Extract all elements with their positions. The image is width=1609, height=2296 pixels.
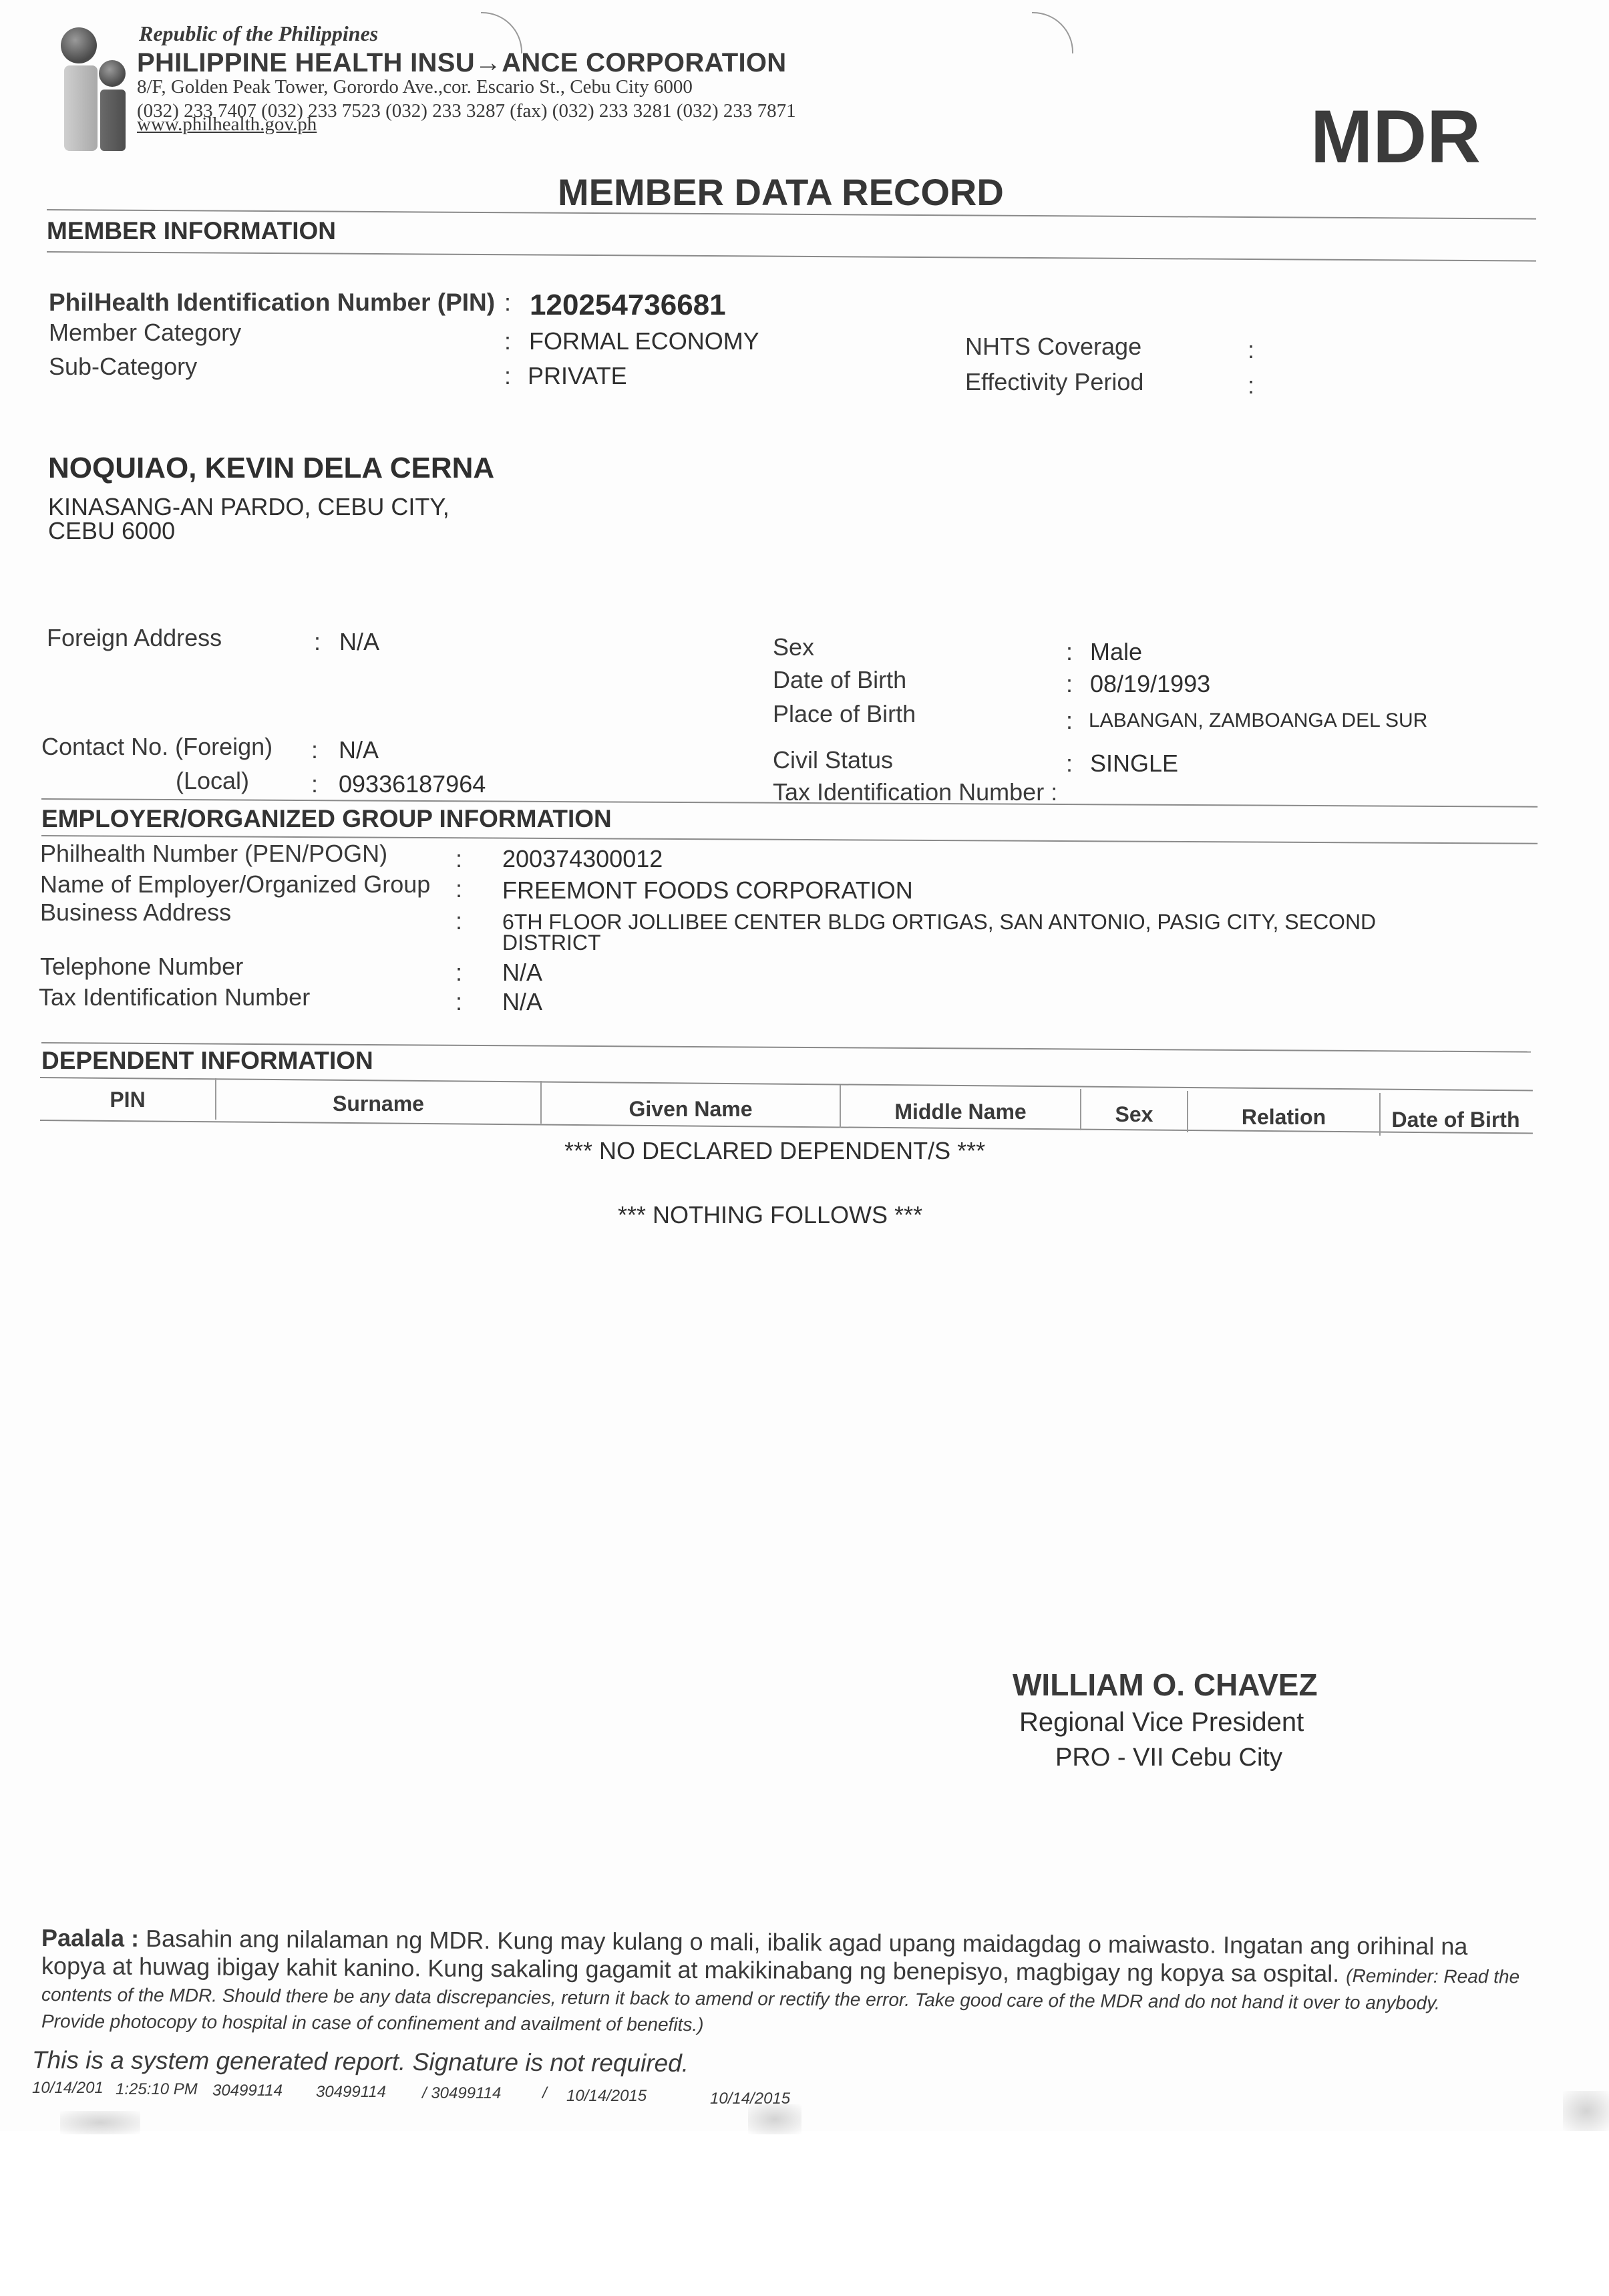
notice-english-line2: Provide photocopy to hospital in case of… <box>41 2011 704 2035</box>
foreign-address-value: N/A <box>339 628 379 656</box>
section-employer-information: EMPLOYER/ORGANIZED GROUP INFORMATION <box>41 805 612 833</box>
notice-english-line1: contents of the MDR. Should there be any… <box>41 1984 1440 2014</box>
signatory-office: PRO - VII Cebu City <box>1055 1744 1282 1772</box>
member-tin-label-text: Tax Identification Number <box>773 778 1044 806</box>
civil-status-value: SINGLE <box>1090 750 1178 778</box>
dob-label: Date of Birth <box>773 666 906 694</box>
scan-smudge <box>1563 2091 1609 2131</box>
punch-mark <box>481 12 522 53</box>
office-address: 8/F, Golden Peak Tower, Gorordo Ave.,cor… <box>137 76 693 98</box>
member-name: NOQUIAO, KEVIN DELA CERNA <box>48 452 494 485</box>
column-header-relation: Relation <box>1188 1105 1379 1130</box>
scan-smudge <box>748 2104 801 2134</box>
foreign-address-label: Foreign Address <box>47 624 222 652</box>
notice-label: Paalala : <box>41 1924 139 1952</box>
column-header-date-of-birth: Date of Birth <box>1381 1108 1531 1132</box>
mdr-document: Republic of the Philippines PHILIPPINE H… <box>0 0 1609 2131</box>
employer-tin-value: N/A <box>502 988 542 1016</box>
section-dependent-information: DEPENDENT INFORMATION <box>41 1047 373 1075</box>
member-category-value: FORMAL ECONOMY <box>529 327 759 355</box>
business-address-label: Business Address <box>40 898 231 927</box>
no-dependents-message: *** NO DECLARED DEPENDENT/S *** <box>564 1137 985 1165</box>
colon: : <box>1248 371 1254 399</box>
telephone-value: N/A <box>502 959 542 987</box>
member-category-label: Member Category <box>49 319 241 347</box>
colon: : <box>1066 670 1073 698</box>
stamp-user-id: 30499114 <box>212 2082 283 2100</box>
contact-local-label: (Local) <box>176 767 249 795</box>
employer-name-value: FREEMONT FOODS CORPORATION <box>502 876 913 905</box>
colon: : <box>311 770 318 798</box>
effectivity-label: Effectivity Period <box>965 368 1143 396</box>
sub-category-value: PRIVATE <box>528 362 627 390</box>
column-header-given-name: Given Name <box>542 1097 840 1122</box>
section-member-information: MEMBER INFORMATION <box>47 217 336 245</box>
stamp-date: 10/14/2015 <box>566 2087 647 2106</box>
punch-mark <box>1032 12 1073 53</box>
website-link[interactable]: www.philhealth.gov.ph <box>137 114 317 136</box>
employer-tin-label: Tax Identification Number <box>39 983 310 1011</box>
colon: : <box>456 988 462 1016</box>
employer-name-label: Name of Employer/Organized Group <box>40 870 430 898</box>
page-title: MEMBER DATA RECORD <box>558 170 1004 214</box>
colon: : <box>456 875 462 903</box>
nhts-label: NHTS Coverage <box>965 333 1141 361</box>
colon: : <box>1066 638 1073 666</box>
colon: : <box>456 907 462 935</box>
republic-text: Republic of the Philippines <box>139 21 378 46</box>
colon: : <box>504 327 511 355</box>
stamp-user-id: 30499114 <box>316 2083 386 2102</box>
system-generated-note: This is a system generated report. Signa… <box>32 2046 689 2078</box>
column-header-pin: PIN <box>40 1088 215 1112</box>
notice-english-prefix: (Reminder: Read the <box>1346 1965 1519 1987</box>
pen-value: 200374300012 <box>502 845 663 873</box>
nothing-follows-message: *** NOTHING FOLLOWS *** <box>618 1201 922 1229</box>
stamp-separator: / <box>542 2084 547 2103</box>
colon: : <box>504 362 511 390</box>
contact-foreign-label: Contact No. (Foreign) <box>41 733 273 761</box>
colon: : <box>311 736 318 764</box>
scan-smudge <box>60 2111 140 2134</box>
sex-value: Male <box>1090 638 1142 666</box>
pin-label: PhilHealth Identification Number (PIN) <box>49 289 495 317</box>
colon: : <box>1066 707 1073 735</box>
dob-value: 08/19/1993 <box>1090 670 1210 698</box>
colon: : <box>1248 336 1254 364</box>
pob-value: LABANGAN, ZAMBOANGA DEL SUR <box>1089 709 1427 732</box>
pob-label: Place of Birth <box>773 700 916 728</box>
telephone-label: Telephone Number <box>40 953 243 981</box>
contact-local-value: 09336187964 <box>339 770 486 798</box>
contact-foreign-value: N/A <box>339 736 379 764</box>
signatory-position: Regional Vice President <box>1019 1707 1304 1738</box>
signatory-name: WILLIAM O. CHAVEZ <box>1013 1667 1318 1703</box>
stamp-time: 1:25:10 PM <box>116 2080 198 2099</box>
divider <box>47 251 1536 262</box>
pen-label: Philhealth Number (PEN/POGN) <box>40 840 387 868</box>
colon: : <box>456 845 462 873</box>
column-header-surname: Surname <box>216 1092 540 1116</box>
stamp-user-id: / 30499114 <box>422 2084 501 2103</box>
sex-label: Sex <box>773 633 814 661</box>
colon: : <box>504 289 511 317</box>
business-address-line2: DISTRICT <box>502 931 601 955</box>
colon: : <box>1066 750 1073 778</box>
sub-category-label: Sub-Category <box>49 353 197 381</box>
business-address-line1: 6TH FLOOR JOLLIBEE CENTER BLDG ORTIGAS, … <box>502 910 1376 935</box>
corporation-name: PHILIPPINE HEALTH INSU→ANCE CORPORATION <box>137 48 786 78</box>
civil-status-label: Civil Status <box>773 746 893 774</box>
form-code: MDR <box>1310 94 1481 180</box>
pin-value: 120254736681 <box>530 289 726 322</box>
philhealth-logo-icon <box>59 20 146 154</box>
colon: : <box>456 959 462 987</box>
column-header-middle-name: Middle Name <box>841 1100 1080 1124</box>
stamp-date: 10/14/201 <box>32 2079 104 2098</box>
member-address-line2: CEBU 6000 <box>48 517 175 545</box>
column-header-sex: Sex <box>1081 1102 1187 1127</box>
table-top-border <box>40 1077 1533 1092</box>
colon: : <box>314 628 321 656</box>
